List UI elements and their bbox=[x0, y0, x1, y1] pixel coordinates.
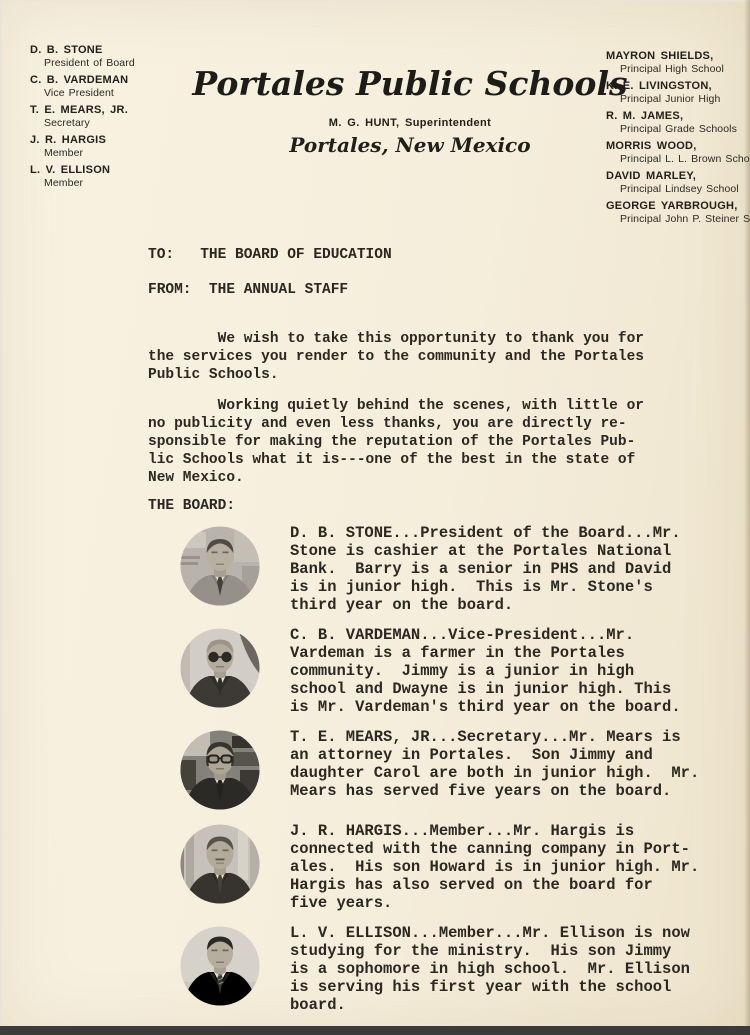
principal-name: MAYRON SHIELDS, bbox=[606, 50, 750, 63]
officer-title: Member bbox=[44, 177, 180, 189]
officer-item: L. V. ELLISON Member bbox=[30, 164, 180, 189]
typed-letter-body: TO: THE BOARD OF EDUCATION FROM: THE ANN… bbox=[148, 246, 708, 515]
officer-name: J. R. HARGIS bbox=[30, 134, 180, 147]
typed-text-line: five years. bbox=[290, 894, 699, 912]
typed-text-line: C. B. VARDEMAN...Vice-President...Mr. bbox=[290, 626, 681, 644]
principal-title: Principal Grade Schools bbox=[620, 123, 750, 135]
typed-text-line: no publicity and even less thanks, you a… bbox=[148, 415, 708, 433]
officer-title: Vice President bbox=[44, 87, 180, 99]
scan-edge-bottom bbox=[0, 1026, 750, 1035]
board-member-list: D. B. STONE...President of the Board...M… bbox=[180, 524, 725, 1026]
portrait-photo-mears bbox=[180, 730, 260, 810]
typed-text-line: connected with the canning company in Po… bbox=[290, 840, 699, 858]
principal-item: K. E. LIVINGSTON, Principal Junior High bbox=[606, 80, 750, 105]
officer-item: J. R. HARGIS Member bbox=[30, 134, 180, 159]
principal-item: R. M. JAMES, Principal Grade Schools bbox=[606, 110, 750, 135]
typed-text-line: Hargis has also served on the board for bbox=[290, 876, 699, 894]
typed-text-line: Public Schools. bbox=[148, 366, 708, 384]
board-member-entry-mears: T. E. MEARS, JR...Secretary...Mr. Mears … bbox=[180, 728, 725, 810]
letter-paragraph: Working quietly behind the scenes, with … bbox=[148, 397, 708, 487]
principal-title: Principal L. L. Brown School bbox=[620, 153, 750, 165]
principal-name: GEORGE YARBROUGH, bbox=[606, 200, 750, 213]
typed-text-line: Bank. Barry is a senior in PHS and David bbox=[290, 560, 681, 578]
typed-text-line: Stone is cashier at the Portales Nationa… bbox=[290, 542, 681, 560]
portrait-photo-stone bbox=[180, 526, 260, 606]
principal-name: K. E. LIVINGSTON, bbox=[606, 80, 750, 93]
principal-title: Principal Junior High bbox=[620, 93, 750, 105]
typed-text-line: T. E. MEARS, JR...Secretary...Mr. Mears … bbox=[290, 728, 699, 746]
portrait-photo-vardeman bbox=[180, 628, 260, 708]
board-officers-column: D. B. STONE President of Board C. B. VAR… bbox=[30, 44, 180, 194]
typed-text-line: Vardeman is a farmer in the Portales bbox=[290, 644, 681, 662]
typed-text-line: is in junior high. This is Mr. Stone's bbox=[290, 578, 681, 596]
typed-text-line: is a sophomore in high school. Mr. Ellis… bbox=[290, 960, 690, 978]
portrait-photo-hargis bbox=[180, 824, 260, 904]
board-member-text: C. B. VARDEMAN...Vice-President...Mr.Var… bbox=[290, 626, 681, 716]
board-member-entry-vardeman: C. B. VARDEMAN...Vice-President...Mr.Var… bbox=[180, 626, 725, 716]
officer-title: Secretary bbox=[44, 117, 180, 129]
superintendent-line: M. G. HUNT, Superintendent bbox=[170, 117, 650, 129]
principal-title: Principal High School bbox=[620, 63, 750, 75]
typed-text-line: school and Dwayne is in junior high. Thi… bbox=[290, 680, 681, 698]
principal-title: Principal John P. Steiner School bbox=[620, 213, 750, 225]
officer-name: C. B. VARDEMAN bbox=[30, 74, 180, 87]
typed-text-line: studying for the ministry. His son Jimmy bbox=[290, 942, 690, 960]
board-member-text: T. E. MEARS, JR...Secretary...Mr. Mears … bbox=[290, 728, 699, 800]
officer-title: President of Board bbox=[44, 57, 180, 69]
officer-item: C. B. VARDEMAN Vice President bbox=[30, 74, 180, 99]
board-heading: THE BOARD: bbox=[148, 497, 708, 515]
typed-text-line: community. Jimmy is a junior in high bbox=[290, 662, 681, 680]
principal-item: MAYRON SHIELDS, Principal High School bbox=[606, 50, 750, 75]
principal-item: DAVID MARLEY, Principal Lindsey School bbox=[606, 170, 750, 195]
board-member-text: D. B. STONE...President of the Board...M… bbox=[290, 524, 681, 614]
board-member-entry-hargis: J. R. HARGIS...Member...Mr. Hargis iscon… bbox=[180, 822, 725, 912]
board-member-text: J. R. HARGIS...Member...Mr. Hargis iscon… bbox=[290, 822, 699, 912]
typed-text-line: the services you render to the community… bbox=[148, 348, 708, 366]
typed-text-line: Mears has served five years on the board… bbox=[290, 782, 699, 800]
principal-title: Principal Lindsey School bbox=[620, 183, 750, 195]
scan-edge-left bbox=[0, 0, 3, 1026]
to-line: TO: THE BOARD OF EDUCATION bbox=[148, 246, 708, 264]
principal-name: R. M. JAMES, bbox=[606, 110, 750, 123]
officer-item: D. B. STONE President of Board bbox=[30, 44, 180, 69]
scan-edge-top bbox=[0, 0, 750, 3]
board-member-text: L. V. ELLISON...Member...Mr. Ellison is … bbox=[290, 924, 690, 1014]
board-member-entry-stone: D. B. STONE...President of the Board...M… bbox=[180, 524, 725, 614]
principal-name: MORRIS WOOD, bbox=[606, 140, 750, 153]
portrait-photo-ellison bbox=[180, 926, 260, 1006]
typed-text-line: D. B. STONE...President of the Board...M… bbox=[290, 524, 681, 542]
typed-text-line: is serving his first year with the schoo… bbox=[290, 978, 690, 996]
principals-column: MAYRON SHIELDS, Principal High School K.… bbox=[606, 50, 750, 230]
typed-text-line: sponsible for making the reputation of t… bbox=[148, 433, 708, 451]
masthead: Portales Public Schools M. G. HUNT, Supe… bbox=[170, 62, 650, 157]
principal-item: MORRIS WOOD, Principal L. L. Brown Schoo… bbox=[606, 140, 750, 165]
typed-text-line: lic Schools what it is---one of the best… bbox=[148, 451, 708, 469]
officer-title: Member bbox=[44, 147, 180, 159]
location-script: Portales, New Mexico bbox=[170, 133, 650, 157]
typed-text-line: daughter Carol are both in junior high. … bbox=[290, 764, 699, 782]
typed-text-line: We wish to take this opportunity to than… bbox=[148, 330, 708, 348]
scanned-letter-page: D. B. STONE President of Board C. B. VAR… bbox=[0, 0, 750, 1035]
from-line: FROM: THE ANNUAL STAFF bbox=[148, 281, 708, 299]
typed-text-line: third year on the board. bbox=[290, 596, 681, 614]
typed-text-line: Working quietly behind the scenes, with … bbox=[148, 397, 708, 415]
principal-name: DAVID MARLEY, bbox=[606, 170, 750, 183]
typed-text-line: board. bbox=[290, 996, 690, 1014]
officer-name: D. B. STONE bbox=[30, 44, 180, 57]
officer-name: T. E. MEARS, JR. bbox=[30, 104, 180, 117]
principal-item: GEORGE YARBROUGH, Principal John P. Stei… bbox=[606, 200, 750, 225]
typed-text-line: L. V. ELLISON...Member...Mr. Ellison is … bbox=[290, 924, 690, 942]
typed-text-line: is Mr. Vardeman's third year on the boar… bbox=[290, 698, 681, 716]
typed-text-line: an attorney in Portales. Son Jimmy and bbox=[290, 746, 699, 764]
typed-text-line: ales. His son Howard is in junior high. … bbox=[290, 858, 699, 876]
officer-name: L. V. ELLISON bbox=[30, 164, 180, 177]
typed-text-line: New Mexico. bbox=[148, 469, 708, 487]
board-member-entry-ellison: L. V. ELLISON...Member...Mr. Ellison is … bbox=[180, 924, 725, 1014]
typed-text-line: J. R. HARGIS...Member...Mr. Hargis is bbox=[290, 822, 699, 840]
scan-edge-right bbox=[744, 0, 750, 1026]
school-name-script: Portales Public Schools bbox=[170, 62, 650, 106]
officer-item: T. E. MEARS, JR. Secretary bbox=[30, 104, 180, 129]
letter-paragraph: We wish to take this opportunity to than… bbox=[148, 330, 708, 384]
